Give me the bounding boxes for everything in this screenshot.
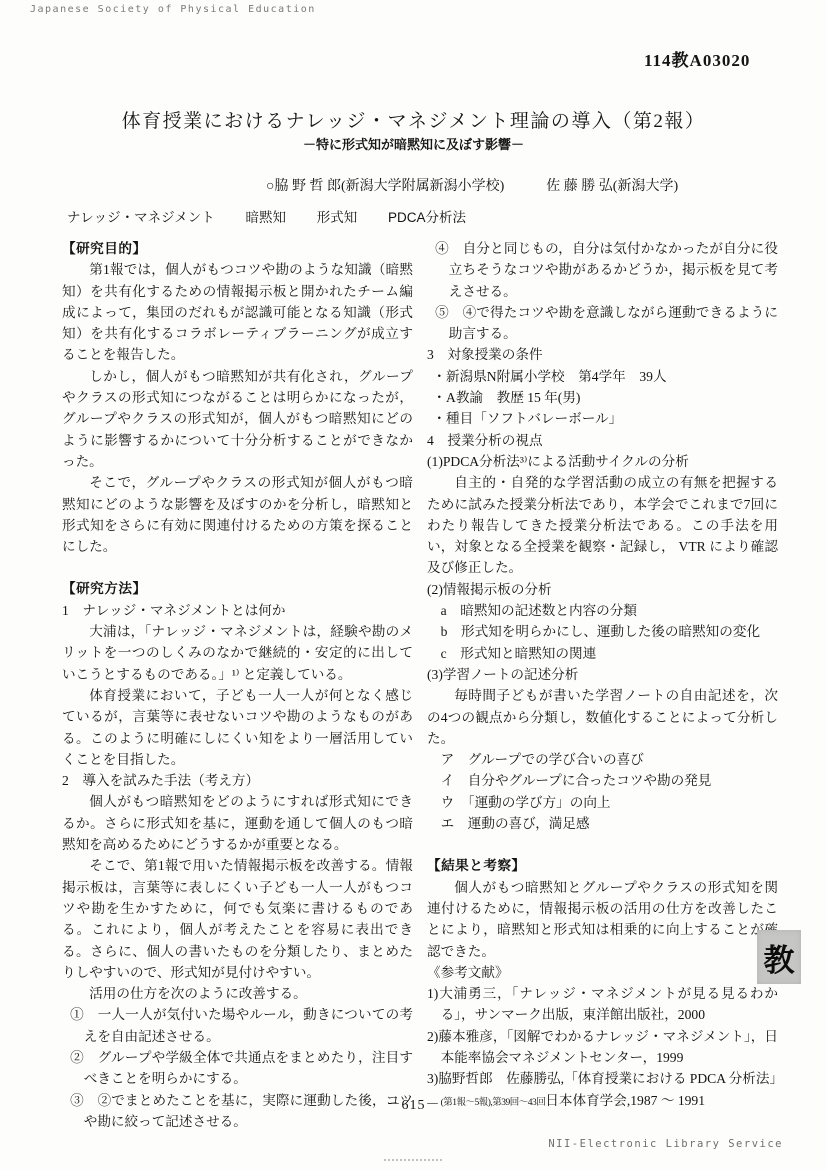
paragraph: しかし，個人がもつ暗黙知が共有化され，グループやクラスの形式知につながることは明…	[62, 366, 413, 472]
keyword-line: ナレッジ・マネジメント 暗黙知 形式知 PDCA分析法	[67, 206, 493, 226]
author-lead: ○脇 野 哲 郎(新潟大学附属新潟小学校)	[266, 179, 504, 194]
author-line: ○脇 野 哲 郎(新潟大学附属新潟小学校)佐 藤 勝 弘(新潟大学)	[266, 175, 678, 195]
numbered-step-4: ④ 自分と同じもの，自分は気付かなかったが自分に役立ちそうなコツや勘があるかどう…	[427, 238, 778, 302]
paragraph: そこで、第1報で用いた情報掲示板を改善する。情報掲示板は，言葉等に表しにくい子ど…	[62, 855, 413, 983]
analysis-2-heading: (2)情報掲示板の分析	[427, 579, 778, 600]
section-method-heading: 【研究方法】	[62, 578, 413, 599]
numbered-step-2: ② グループや学級全体で共通点をまとめたり，注目すべきことを明らかにする。	[62, 1047, 413, 1090]
section-results-heading: 【結果と考察】	[427, 855, 778, 876]
page-number: －615－	[0, 1094, 827, 1114]
numbered-step-5: ⑤ ④で得たコツや勘を意識しながら運動できるように助言する。	[427, 302, 778, 345]
condition-item: ・新潟県N附属小学校 第4学年 39人	[427, 366, 778, 387]
nii-footer-text: NII-Electronic Library Service	[548, 1138, 783, 1150]
paragraph: 個人がもつ暗黙知をどのようにすれば形式知にできるか。さらに形式知を基に，運動を通…	[62, 791, 413, 855]
keyword-4: PDCA分析法	[388, 210, 466, 225]
paragraph: 個人がもつ暗黙知とグループやクラスの形式知を関連付けるために，情報掲示板の活用の…	[427, 877, 778, 962]
analysis-1-heading: (1)PDCA分析法³⁾による活動サイクルの分析	[427, 451, 778, 472]
paper-title: 体育授業におけるナレッジ・マネジメント理論の導入（第2報）	[0, 106, 827, 133]
analysis-3-heading: (3)学習ノートの記述分析	[427, 664, 778, 685]
paragraph: 活用の仕方を次のように改善する。	[62, 983, 413, 1004]
keyword-2: 暗黙知	[245, 210, 286, 225]
section-purpose-heading: 【研究目的】	[62, 238, 413, 259]
paragraph: そこで，グループやクラスの形式知が個人がもつ暗黙知にどのような影響を及ぼすのかを…	[62, 472, 413, 557]
paragraph: 第1報では，個人がもつコツや勘のような知識（暗黙知）を共有化するための情報掲示板…	[62, 259, 413, 365]
paragraph: 自主的・自発的な学習活動の成立の有無を把握するために試みた授業分析法であり，本学…	[427, 472, 778, 578]
references-heading: 《参考文献》	[427, 962, 778, 983]
reference-3-text: 3)脇野哲郎 佐藤勝弘,「体育授業における PDCA 分析法」	[427, 1071, 783, 1086]
reference-1: 1)大浦勇三，「ナレッジ・マネジメントが見る見るわかる」，サンマーク出版，東洋館…	[427, 983, 778, 1026]
condition-item: ・A教諭 教歴 15 年(男)	[427, 387, 778, 408]
analysis-heading: 4 授業分析の視点	[427, 430, 778, 451]
paragraph: 大浦は，「ナレッジ・マネジメントは，経験や勘のメリットを一つのしくみのなかで継続…	[62, 621, 413, 685]
paragraph: 体育授業において，子ども一人一人が何となく感じているが，言葉等に表せないコツや勘…	[62, 685, 413, 770]
left-column: 【研究目的】 第1報では，個人がもつコツや勘のような知識（暗黙知）を共有化するた…	[62, 238, 413, 1132]
library-header-text: Japanese Society of Physical Education	[30, 4, 316, 15]
keyword-3: 形式知	[317, 210, 358, 225]
paragraph: 毎時間子どもが書いた学習ノートの自由記述を，次の4つの観点から分類し，数値化する…	[427, 685, 778, 749]
numbered-step-1: ① 一人一人が気付いた場やルール，動きについての考えを自由記述させる。	[62, 1004, 413, 1047]
document-code: 114教A03020	[644, 46, 750, 71]
analysis-subitem-c: c 形式知と暗黙知の関連	[427, 643, 778, 664]
viewpoint-i: イ 自分やグループに合ったコツや勘の発見	[427, 770, 778, 791]
analysis-subitem-a: a 暗黙知の記述数と内容の分類	[427, 600, 778, 621]
reference-2: 2)藤本雅彦，「図解でわかるナレッジ・マネジメント」，日本能率協会マネジメントセ…	[427, 1026, 778, 1069]
paper-subtitle: －特に形式知が暗黙知に及ぼす影響－	[0, 134, 827, 153]
condition-item: ・種目「ソフトバレーボール」	[427, 408, 778, 429]
author-co: 佐 藤 勝 弘(新潟大学)	[546, 179, 678, 194]
method-subheading-2: 2 導入を試みた手法（考え方）	[62, 770, 413, 791]
category-index-tab: 教	[757, 930, 801, 984]
viewpoint-e: エ 運動の喜び，満足感	[427, 813, 778, 834]
analysis-subitem-b: b 形式知を明らかにし、運動した後の暗黙知の変化	[427, 621, 778, 642]
two-column-body: 【研究目的】 第1報では，個人がもつコツや勘のような知識（暗黙知）を共有化するた…	[62, 238, 778, 1132]
scan-artifact	[384, 1159, 442, 1164]
viewpoint-u: ウ 「運動の学び方」の向上	[427, 792, 778, 813]
category-tab-label: 教	[764, 935, 795, 980]
right-column: ④ 自分と同じもの，自分は気付かなかったが自分に役立ちそうなコツや勘があるかどう…	[427, 238, 778, 1132]
conditions-heading: 3 対象授業の条件	[427, 344, 778, 365]
method-subheading-1: 1 ナレッジ・マネジメントとは何か	[62, 600, 413, 621]
keyword-1: ナレッジ・マネジメント	[67, 210, 215, 225]
viewpoint-a: ア グループでの学び合いの喜び	[427, 749, 778, 770]
